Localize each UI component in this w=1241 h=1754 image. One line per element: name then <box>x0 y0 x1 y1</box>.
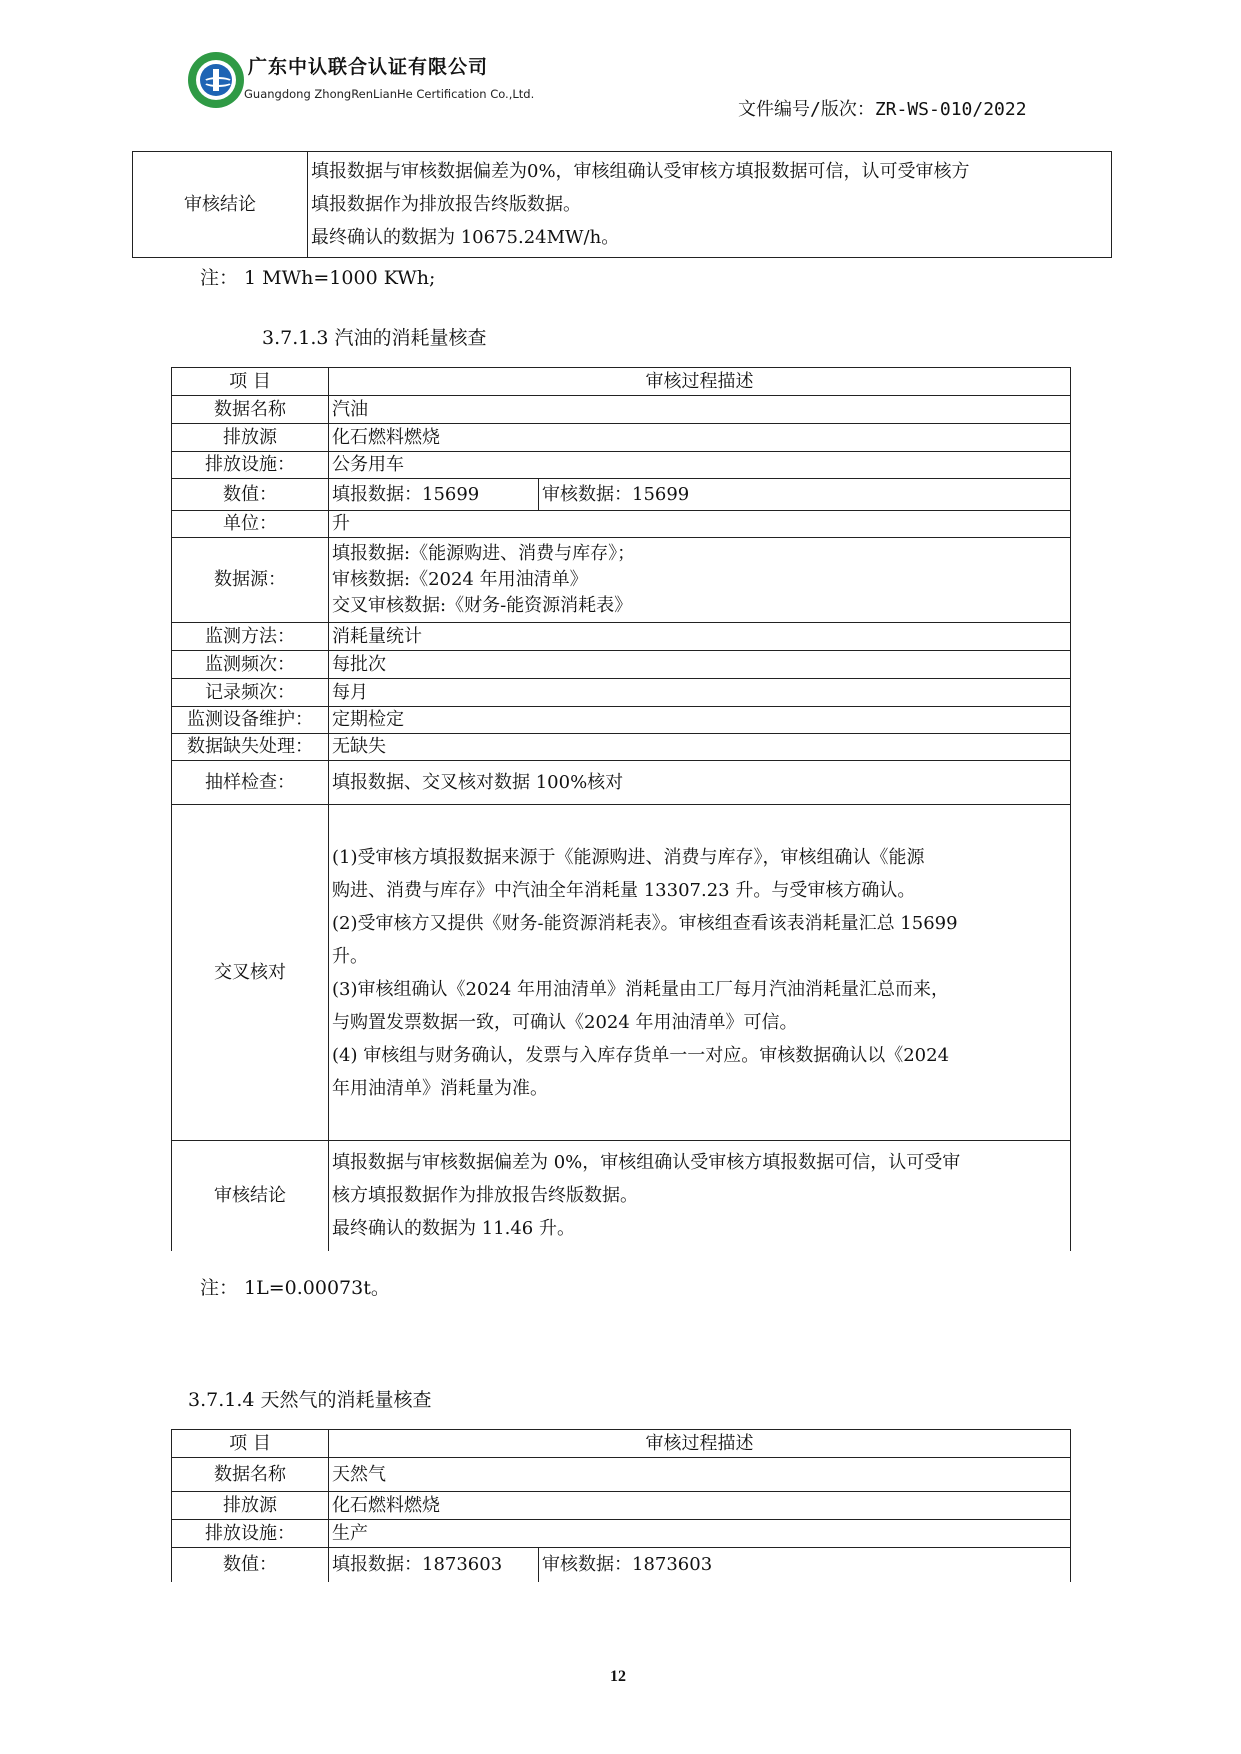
row-value: 公务用车 <box>329 452 1071 479</box>
section-heading-gasoline: 3.7.1.3 汽油的消耗量核查 <box>262 323 487 350</box>
datasource-line: 填报数据:《能源购进、消费与库存》； <box>332 541 1067 567</box>
conclusion-line: 最终确认的数据为 10675.24MW/h。 <box>311 221 1108 254</box>
conclusion-label: 审核结论 <box>133 152 308 258</box>
cross-check-line: 与购置发票数据一致，可确认《2024 年用油清单》可信。 <box>332 1006 1067 1039</box>
row-label: 排放源 <box>172 424 329 452</box>
cross-check-line: (1)受审核方填报数据来源于《能源购进、消费与库存》，审核组确认《能源 <box>332 841 1067 874</box>
row-label: 排放设施： <box>172 1520 329 1548</box>
audited-value: 审核数据：15699 <box>539 479 1071 511</box>
row-label: 数据缺失处理： <box>172 734 329 761</box>
row-value: 无缺失 <box>329 734 1071 761</box>
conclusion-text: 填报数据与审核数据偏差为0%，审核组确认受审核方填报数据可信，认可受审核方 填报… <box>308 152 1112 258</box>
row-value: 化石燃料燃烧 <box>329 1492 1071 1520</box>
row-label: 监测设备维护： <box>172 707 329 734</box>
header-description: 审核过程描述 <box>329 1430 1071 1458</box>
row-label: 记录频次： <box>172 679 329 707</box>
conclusion-line: 填报数据与审核数据偏差为 0%，审核组确认受审核方填报数据可信，认可受审 <box>332 1146 1067 1179</box>
conclusion-line: 填报数据与审核数据偏差为0%，审核组确认受审核方填报数据可信，认可受审核方 <box>311 155 1108 188</box>
cross-check-line: (2)受审核方又提供《财务-能资源消耗表》。审核组查看该表消耗量汇总 15699 <box>332 907 1067 940</box>
row-value: 汽油 <box>329 396 1071 424</box>
row-value: 升 <box>329 511 1071 538</box>
document-number: 文件编号/版次：ZR-WS-010/2022 <box>738 95 1027 121</box>
row-value: 天然气 <box>329 1458 1071 1492</box>
note-density-conversion: 注： 1L=0.00073t。 <box>200 1273 390 1300</box>
row-label: 数据源： <box>172 538 329 623</box>
row-label: 单位： <box>172 511 329 538</box>
reported-value: 填报数据：15699 <box>329 479 539 511</box>
datasource-line: 审核数据:《2024 年用油清单》 <box>332 567 1067 593</box>
row-value: 定期检定 <box>329 707 1071 734</box>
company-name-en: Guangdong ZhongRenLianHe Certification C… <box>244 87 534 101</box>
audited-value: 审核数据：1873603 <box>539 1548 1071 1582</box>
row-value: 生产 <box>329 1520 1071 1548</box>
note-unit-conversion: 注： 1 MWh=1000 KWh; <box>200 263 435 290</box>
conclusion-line: 填报数据作为排放报告终版数据。 <box>311 188 1108 221</box>
conclusion-line: 核方填报数据作为排放报告终版数据。 <box>332 1179 1067 1212</box>
cross-check-line: 升。 <box>332 940 1067 973</box>
cross-check-line: (4) 审核组与财务确认，发票与入库存货单一一对应。审核数据确认以《2024 <box>332 1039 1067 1072</box>
cross-check-line: 年用油清单》消耗量为准。 <box>332 1072 1067 1105</box>
row-label: 抽样检查： <box>172 761 329 805</box>
row-label: 数据名称 <box>172 396 329 424</box>
gasoline-audit-table: 项 目 审核过程描述 数据名称 汽油 排放源 化石燃料燃烧 排放设施： 公务用车… <box>171 367 1071 1251</box>
row-value: 填报数据、交叉核对数据 100%核对 <box>329 761 1071 805</box>
section-heading-natural-gas: 3.7.1.4 天然气的消耗量核查 <box>188 1385 432 1412</box>
row-label: 监测频次： <box>172 651 329 679</box>
row-value: 每月 <box>329 679 1071 707</box>
conclusion-line: 最终确认的数据为 11.46 升。 <box>332 1212 1067 1245</box>
datasource-list: 填报数据:《能源购进、消费与库存》； 审核数据:《2024 年用油清单》 交叉审… <box>329 538 1071 623</box>
row-label: 监测方法： <box>172 623 329 651</box>
page-number: 12 <box>610 1668 626 1686</box>
row-label: 数据名称 <box>172 1458 329 1492</box>
row-value: 消耗量统计 <box>329 623 1071 651</box>
row-value: 每批次 <box>329 651 1071 679</box>
company-name-cn: 广东中认联合认证有限公司 <box>248 52 488 79</box>
natural-gas-audit-table: 项 目 审核过程描述 数据名称 天然气 排放源 化石燃料燃烧 排放设施： 生产 … <box>171 1429 1071 1582</box>
row-label: 排放设施： <box>172 452 329 479</box>
reported-value: 填报数据：1873603 <box>329 1548 539 1582</box>
row-label: 审核结论 <box>172 1141 329 1251</box>
row-label: 数值： <box>172 1548 329 1582</box>
row-label: 数值： <box>172 479 329 511</box>
conclusion-text: 填报数据与审核数据偏差为 0%，审核组确认受审核方填报数据可信，认可受审 核方填… <box>329 1141 1071 1251</box>
datasource-line: 交叉审核数据:《财务-能资源消耗表》 <box>332 593 1067 619</box>
row-value: 化石燃料燃烧 <box>329 424 1071 452</box>
header-description: 审核过程描述 <box>329 368 1071 396</box>
row-label: 排放源 <box>172 1492 329 1520</box>
cross-check-line: 购进、消费与库存》中汽油全年消耗量 13307.23 升。与受审核方确认。 <box>332 874 1067 907</box>
header-item: 项 目 <box>172 1430 329 1458</box>
cross-check-text: (1)受审核方填报数据来源于《能源购进、消费与库存》，审核组确认《能源 购进、消… <box>329 805 1071 1141</box>
company-logo <box>188 52 244 108</box>
header-item: 项 目 <box>172 368 329 396</box>
row-label: 交叉核对 <box>172 805 329 1141</box>
logo-emblem-icon <box>200 64 232 96</box>
prev-conclusion-table: 审核结论 填报数据与审核数据偏差为0%，审核组确认受审核方填报数据可信，认可受审… <box>132 151 1112 258</box>
cross-check-line: (3)审核组确认《2024 年用油清单》消耗量由工厂每月汽油消耗量汇总而来， <box>332 973 1067 1006</box>
